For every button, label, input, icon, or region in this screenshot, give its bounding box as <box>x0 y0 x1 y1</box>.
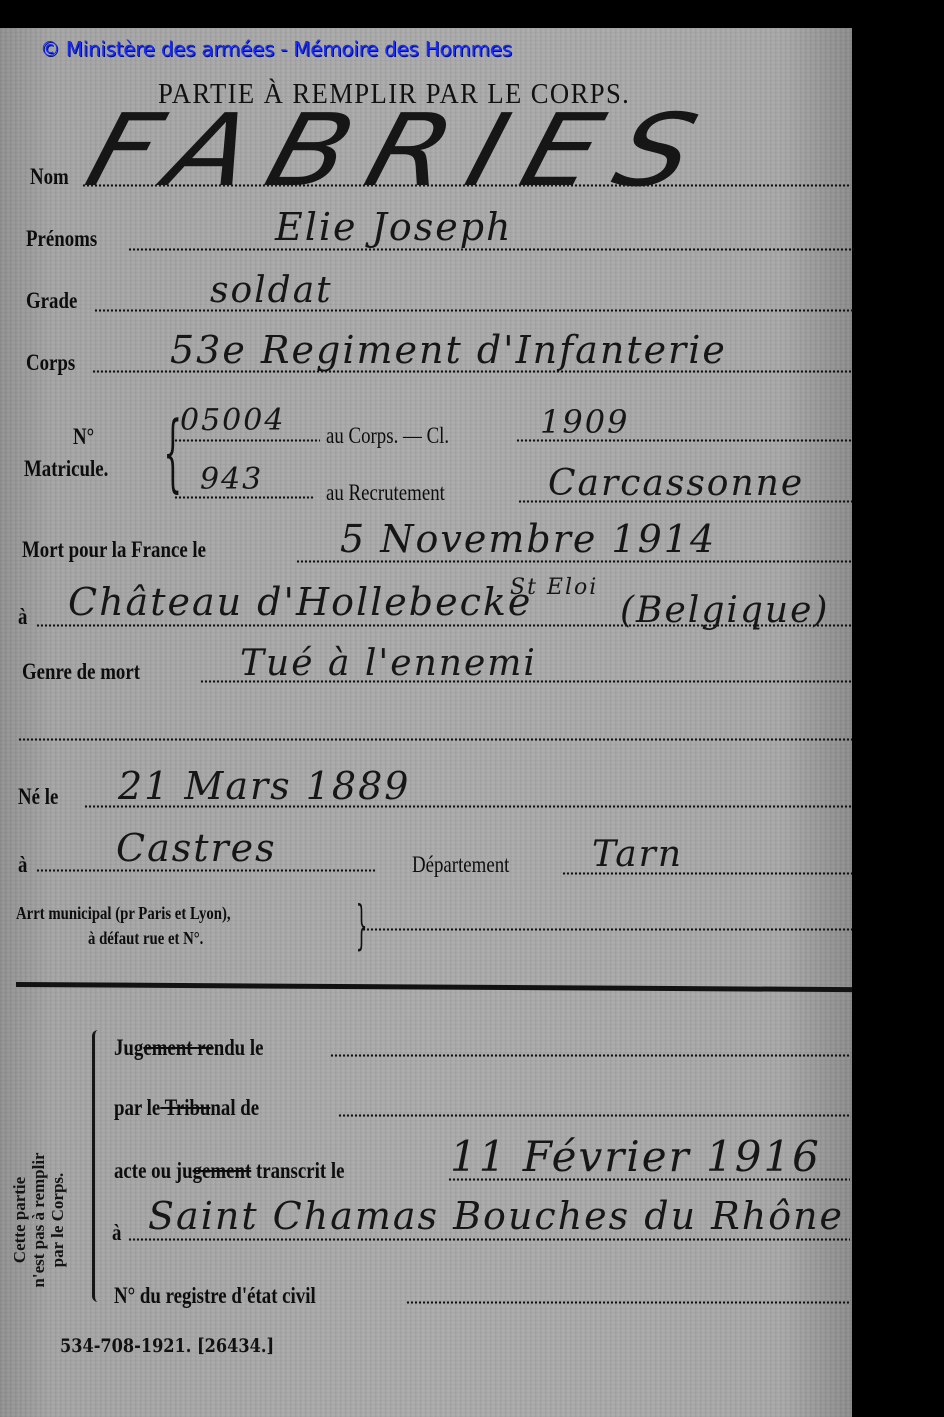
nom-value: FABRIES <box>74 92 729 209</box>
lieu-transcription-value: Saint Chamas Bouches du Rhône <box>148 1194 844 1238</box>
tribunal-label-struck: Tribu <box>160 1095 210 1120</box>
registre-line <box>406 1301 850 1304</box>
matricule-label: Matricule. <box>24 456 108 482</box>
nom-label: Nom <box>30 164 69 190</box>
ne-le-value: 21 Mars 1889 <box>118 764 410 808</box>
prenoms-label: Prénoms <box>26 226 97 252</box>
genre-de-mort-value: Tué à l'ennemi <box>240 643 537 684</box>
registre-label: N° du registre d'état civil <box>114 1283 316 1309</box>
side-note-line-3: par le Corps. <box>48 1110 67 1330</box>
acte-value: 11 Février 1916 <box>450 1132 821 1181</box>
lieu-deces-country: (Belgique) <box>620 590 829 631</box>
tribunal-label-suffix: nal de <box>210 1095 259 1120</box>
grade-value: soldat <box>210 270 333 311</box>
departement-label: Département <box>412 852 509 878</box>
acte-label-prefix: acte ou ju <box>114 1158 193 1183</box>
lieu-transcription-line <box>128 1238 850 1241</box>
tribunal-line <box>338 1114 850 1117</box>
recrutement-place-value: Carcassonne <box>548 463 804 504</box>
prenoms-value: Elie Joseph <box>275 205 513 249</box>
grade-line <box>94 309 854 312</box>
mort-date-value: 5 Novembre 1914 <box>340 517 716 561</box>
lieu-deces-value: Château d'Hollebecke <box>68 580 532 624</box>
corps-value: 53e Regiment d'Infanterie <box>170 328 727 372</box>
arrondissement-label-line2: à défaut rue et N°. <box>88 928 203 949</box>
arrondissement-label-line1: Arrt municipal (pr Paris et Lyon), <box>16 903 231 924</box>
side-note: Cette partie n'est pas à remplir par le … <box>10 1110 67 1330</box>
jugement-label-struck-2: re <box>197 1035 213 1060</box>
corps-label: Corps <box>26 350 75 376</box>
arrondissement-line <box>362 928 852 931</box>
recrutement-number-value: 943 <box>200 462 263 497</box>
tribunal-label-prefix: par le <box>114 1095 160 1120</box>
corps-number-line <box>174 439 320 442</box>
au-corps-label: au Corps. — Cl. <box>326 423 449 449</box>
ne-le-label: Né le <box>18 784 58 810</box>
jugement-label: Jugement rendu le <box>114 1035 264 1061</box>
lieu-deces-label: à <box>18 604 27 630</box>
acte-label-suffix: transcrit le <box>251 1158 344 1183</box>
tribunal-label: par le Tribunal de <box>114 1095 259 1121</box>
au-recrutement-label: au Recrutement <box>326 480 445 506</box>
lieu-naissance-label: à <box>18 852 27 878</box>
acte-label-struck: gement <box>193 1158 252 1183</box>
blank-line <box>18 738 852 741</box>
jugement-label-suffix: ndu le <box>214 1035 264 1060</box>
genre-de-mort-label: Genre de mort <box>22 659 140 685</box>
departement-value: Tarn <box>592 834 683 875</box>
mort-pour-la-france-label: Mort pour la France le <box>22 537 206 563</box>
form-print-code: 534-708-1921. [26434.] <box>60 1335 274 1357</box>
corps-number-value: 05004 <box>180 403 285 438</box>
arrondissement-brace: { <box>356 900 368 952</box>
jugement-line <box>330 1054 850 1057</box>
lieu-transcription-label: à <box>112 1220 121 1246</box>
matricule-label-no: N° <box>73 424 94 450</box>
jugement-label-prefix: Jug <box>114 1035 143 1060</box>
lieu-naissance-value: Castres <box>116 826 277 870</box>
grade-label: Grade <box>26 288 77 314</box>
acte-label: acte ou jugement transcrit le <box>114 1158 344 1184</box>
side-note-line-2: n'est pas à remplir <box>29 1110 48 1330</box>
lieu-deces-annotation: St Eloi <box>510 575 598 600</box>
classe-value: 1909 <box>540 403 629 441</box>
lower-section-brace <box>92 1030 98 1302</box>
copyright-watermark: © Ministère des armées - Mémoire des Hom… <box>40 37 512 61</box>
side-note-line-1: Cette partie <box>10 1110 29 1330</box>
jugement-label-struck: ement <box>143 1035 197 1060</box>
